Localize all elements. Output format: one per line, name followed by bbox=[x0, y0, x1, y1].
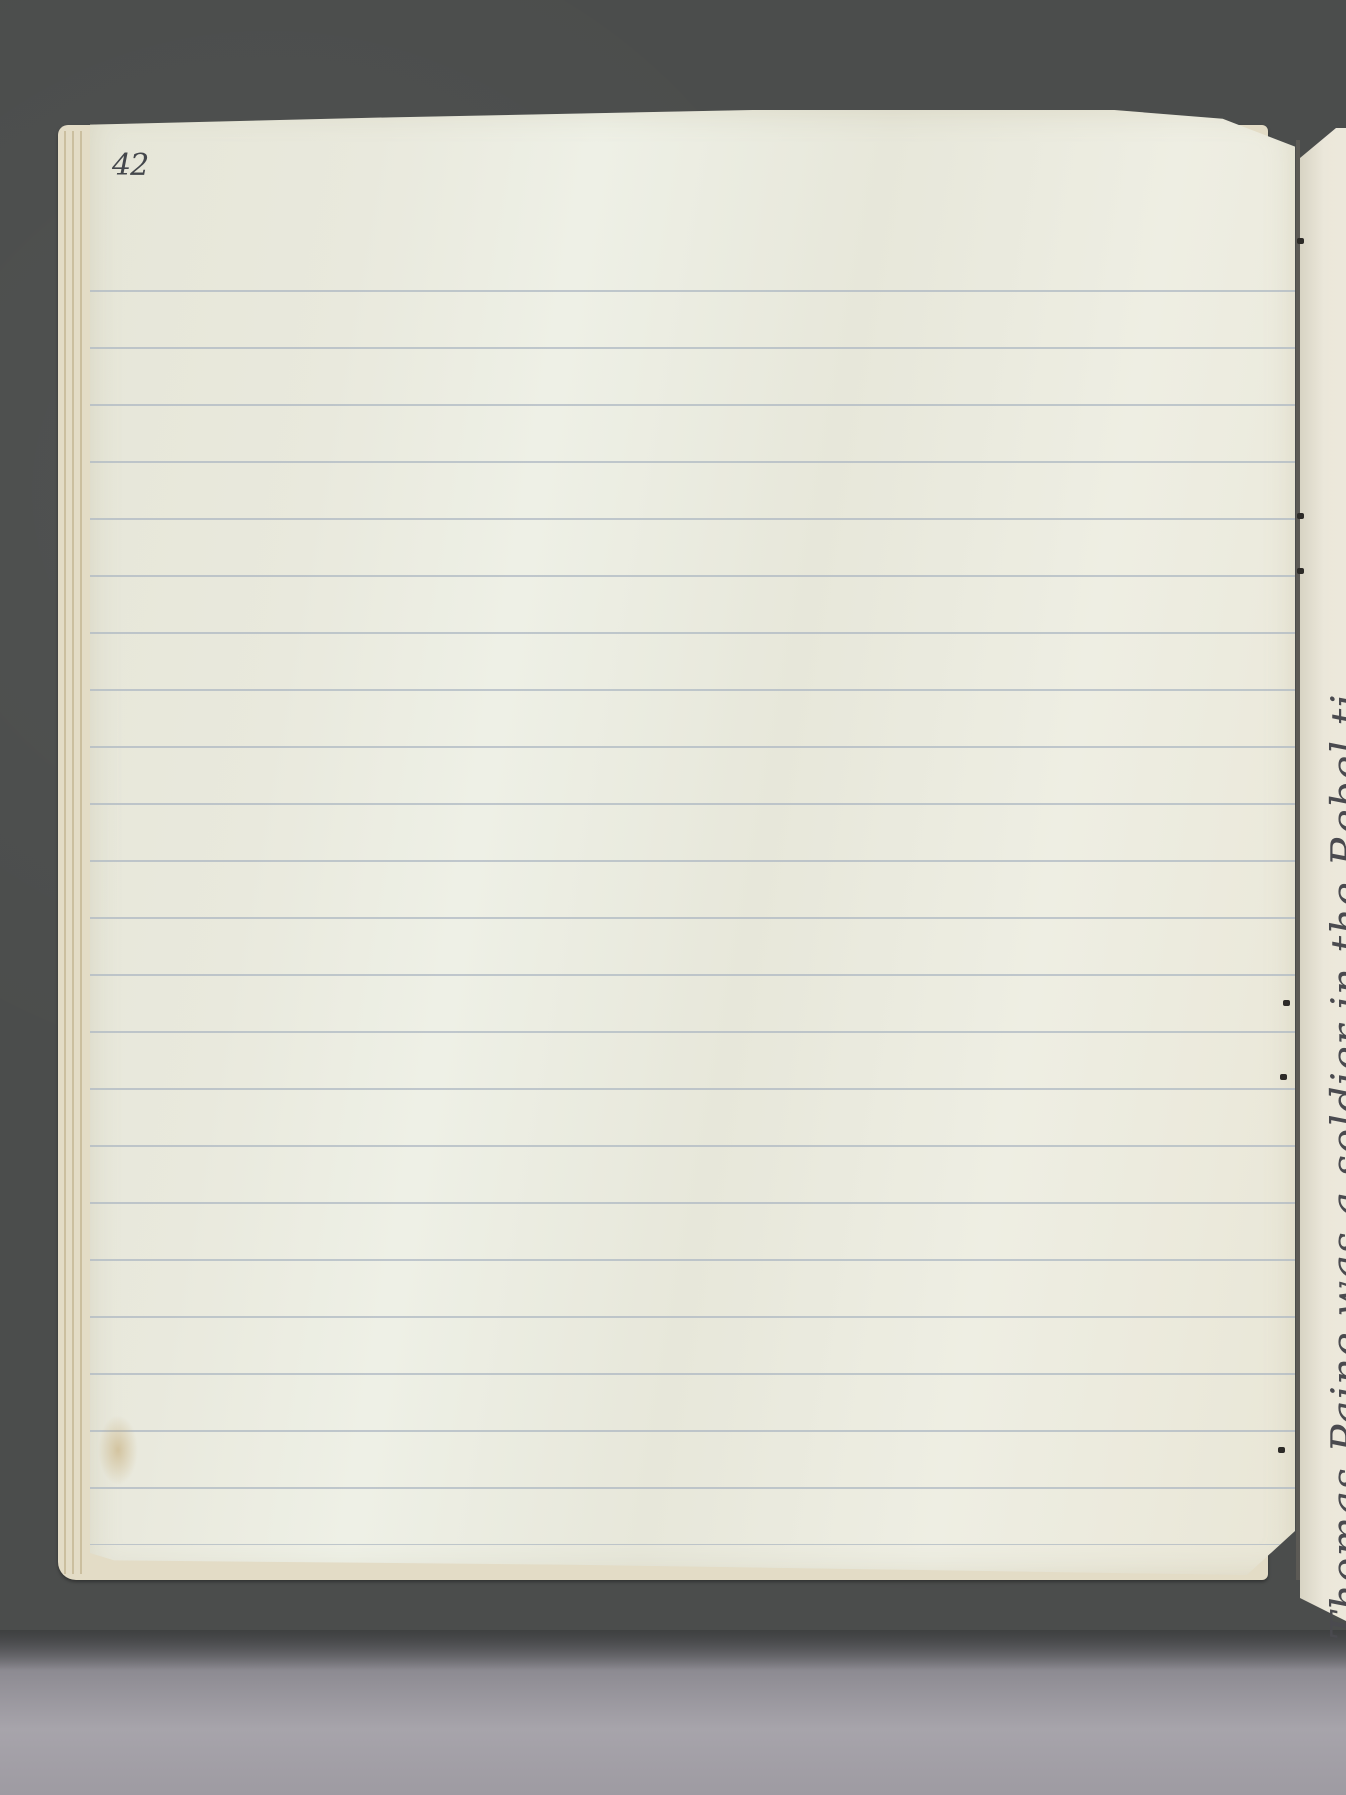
page-edge bbox=[64, 131, 66, 1574]
handwritten-text: Thomas Paine was a soldier in the Rebel … bbox=[1322, 693, 1346, 1640]
binding-stitch bbox=[1297, 238, 1304, 244]
page-edge bbox=[72, 131, 74, 1574]
binding-stitch bbox=[1280, 1074, 1287, 1080]
left-notebook-page: 42 bbox=[90, 110, 1295, 1575]
ruled-lines bbox=[90, 258, 1295, 1545]
table-surface bbox=[0, 1630, 1346, 1795]
binding-stitch bbox=[1278, 1447, 1285, 1453]
binding-stitch bbox=[1297, 513, 1304, 519]
binding-stitch bbox=[1297, 568, 1304, 574]
page-number: 42 bbox=[112, 148, 148, 183]
paper-stain bbox=[98, 1415, 138, 1485]
page-edge bbox=[80, 131, 82, 1574]
notebook-gutter bbox=[1296, 140, 1300, 1580]
binding-stitch bbox=[1283, 1000, 1290, 1006]
